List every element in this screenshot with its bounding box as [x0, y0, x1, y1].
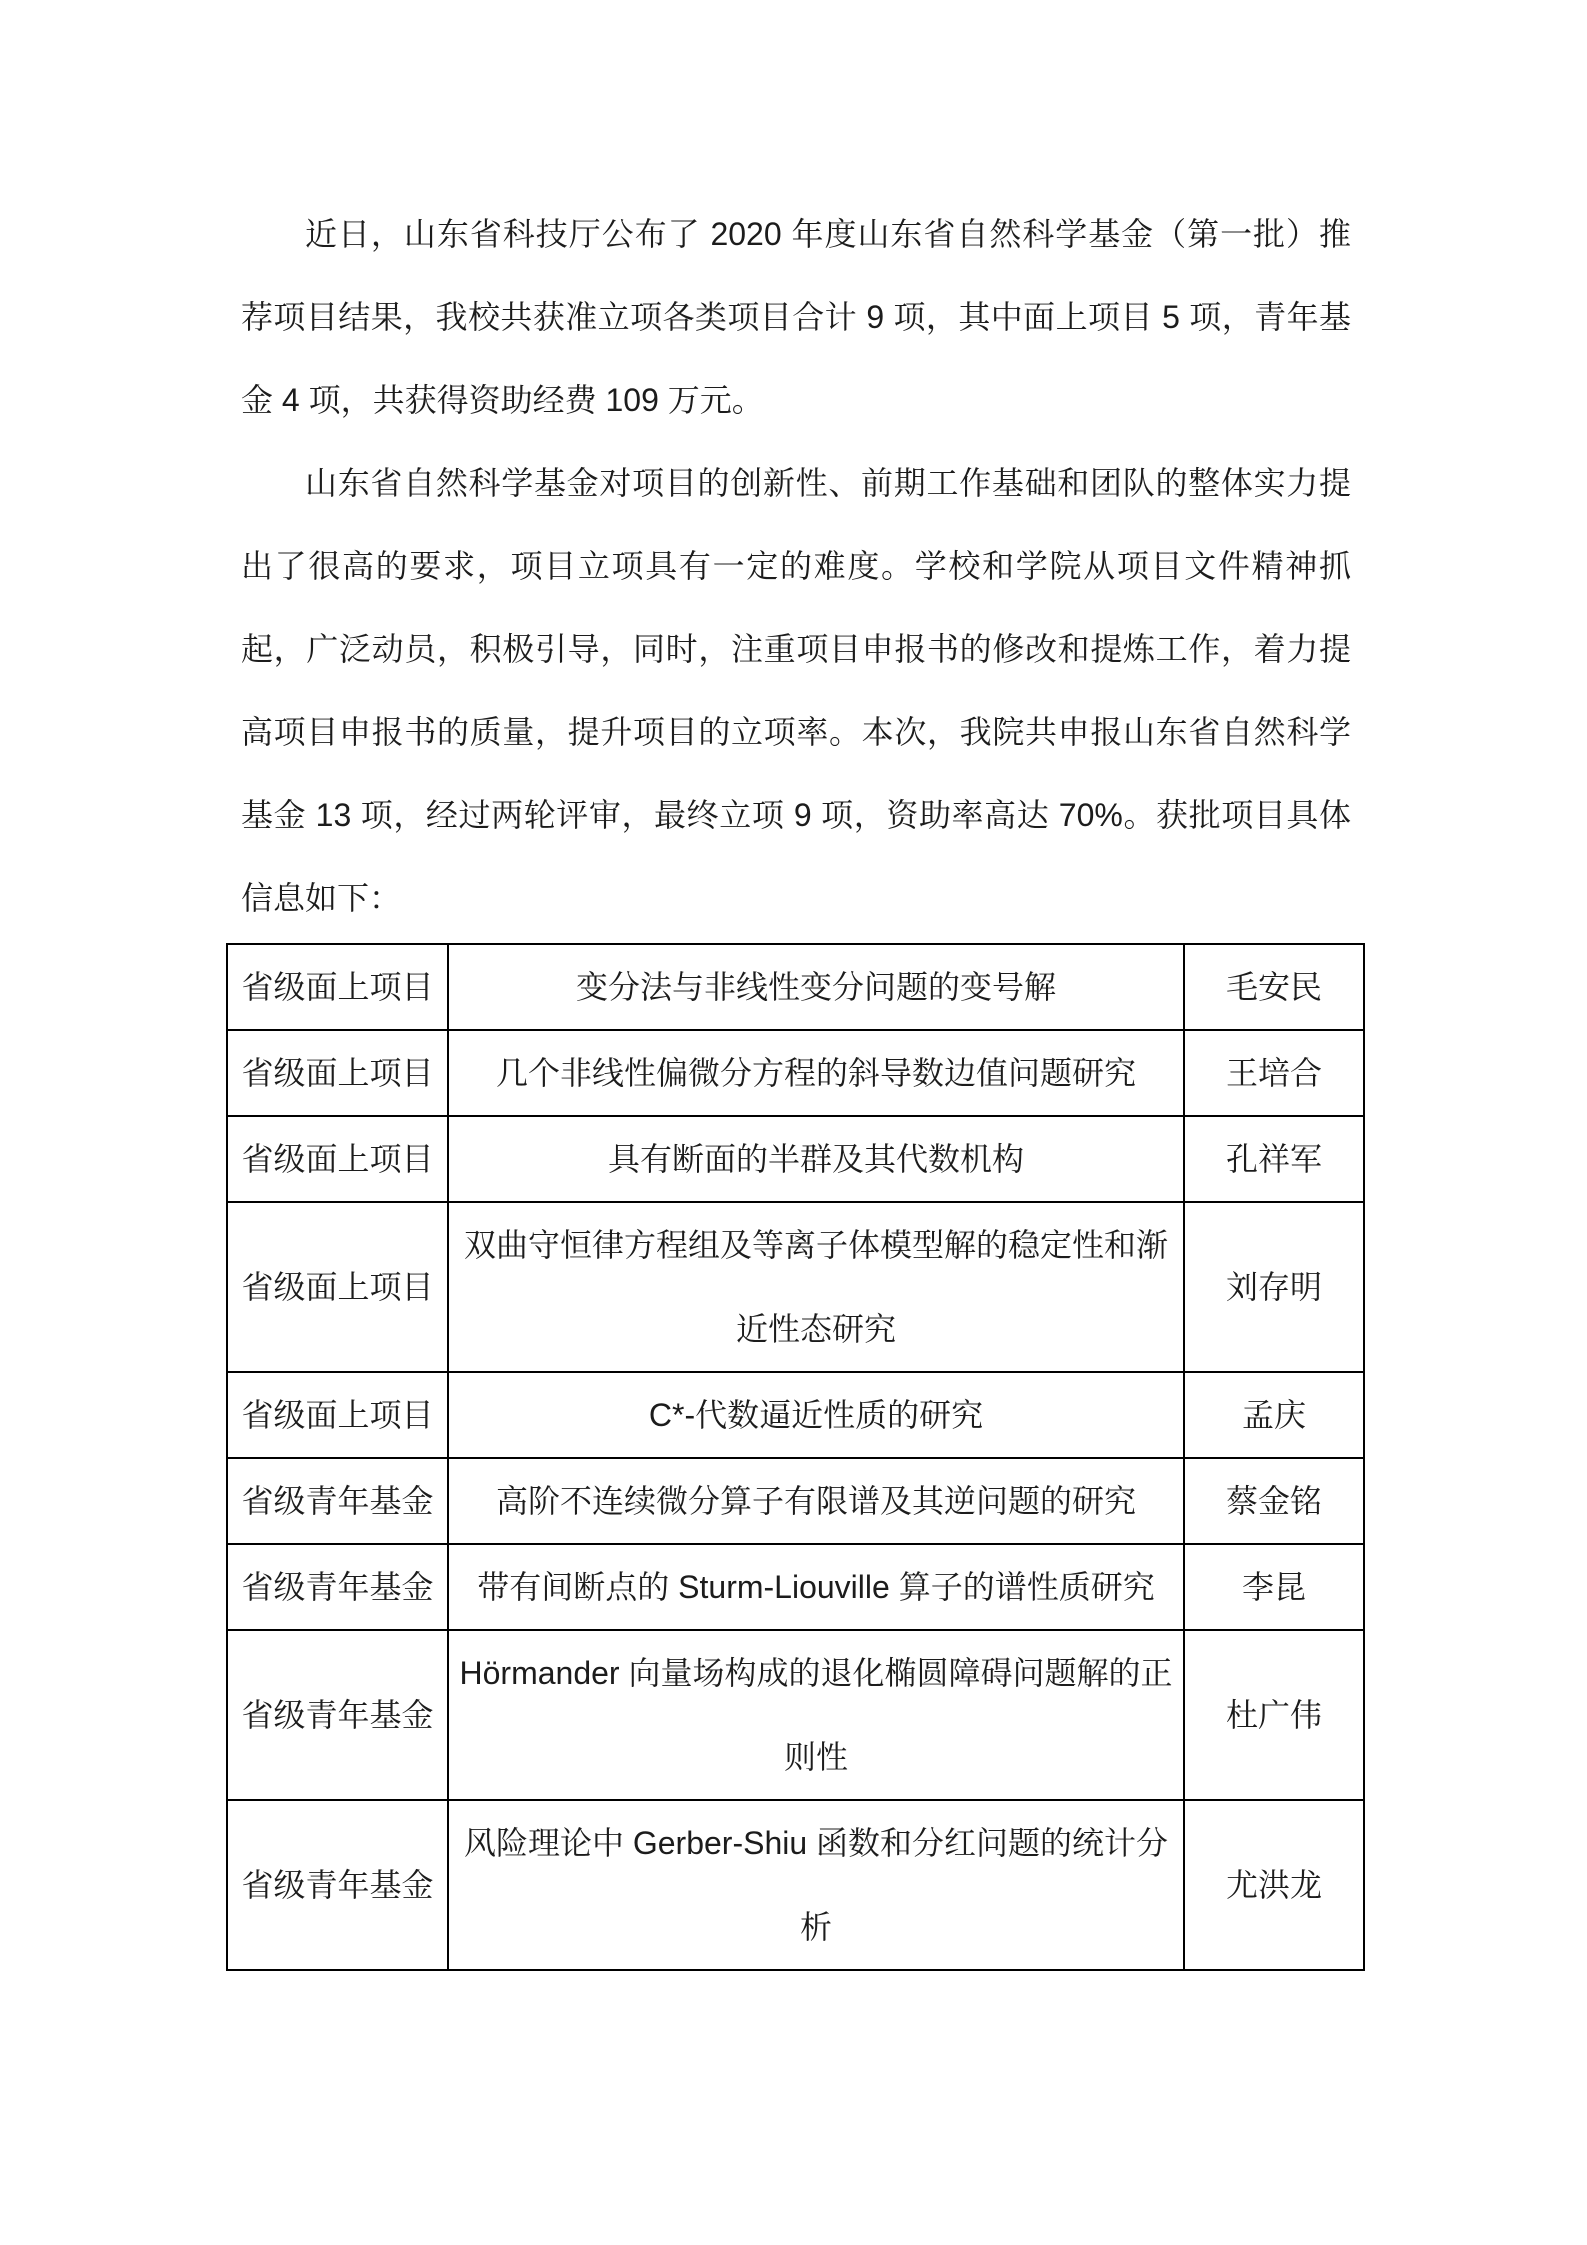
project-category-cell: 省级面上项目	[227, 1202, 448, 1372]
project-category-cell: 省级面上项目	[227, 1116, 448, 1202]
project-title-cell: 带有间断点的 Sturm-Liouville 算子的谱性质研究	[448, 1544, 1184, 1630]
project-title-cell: 变分法与非线性变分问题的变号解	[448, 944, 1184, 1030]
table-row: 省级青年基金 高阶不连续微分算子有限谱及其逆问题的研究 蔡金铭	[227, 1458, 1364, 1544]
table-row: 省级青年基金 风险理论中 Gerber-Shiu 函数和分红问题的统计分析 尤洪…	[227, 1800, 1364, 1970]
project-category-cell: 省级面上项目	[227, 1372, 448, 1458]
project-category-cell: 省级青年基金	[227, 1544, 448, 1630]
project-category-cell: 省级青年基金	[227, 1800, 448, 1970]
paragraph-intro: 近日，山东省科技厅公布了 2020 年度山东省自然科学基金（第一批）推荐项目结果…	[241, 193, 1351, 442]
project-title-cell: Hörmander 向量场构成的退化椭圆障碍问题解的正则性	[448, 1630, 1184, 1800]
table-row: 省级青年基金 Hörmander 向量场构成的退化椭圆障碍问题解的正则性 杜广伟	[227, 1630, 1364, 1800]
project-researcher-cell: 李昆	[1184, 1544, 1364, 1630]
project-title-cell: 双曲守恒律方程组及等离子体模型解的稳定性和渐近性态研究	[448, 1202, 1184, 1372]
table-row: 省级面上项目 双曲守恒律方程组及等离子体模型解的稳定性和渐近性态研究 刘存明	[227, 1202, 1364, 1372]
project-researcher-cell: 毛安民	[1184, 944, 1364, 1030]
project-researcher-cell: 刘存明	[1184, 1202, 1364, 1372]
project-title-cell: 风险理论中 Gerber-Shiu 函数和分红问题的统计分析	[448, 1800, 1184, 1970]
table-row: 省级青年基金 带有间断点的 Sturm-Liouville 算子的谱性质研究 李…	[227, 1544, 1364, 1630]
table-row: 省级面上项目 具有断面的半群及其代数机构 孔祥军	[227, 1116, 1364, 1202]
projects-table: 省级面上项目 变分法与非线性变分问题的变号解 毛安民 省级面上项目 几个非线性偏…	[226, 943, 1365, 1971]
project-title-cell: 高阶不连续微分算子有限谱及其逆问题的研究	[448, 1458, 1184, 1544]
table-row: 省级面上项目 几个非线性偏微分方程的斜导数边值问题研究 王培合	[227, 1030, 1364, 1116]
project-category-cell: 省级青年基金	[227, 1630, 448, 1800]
project-researcher-cell: 孔祥军	[1184, 1116, 1364, 1202]
project-category-cell: 省级面上项目	[227, 944, 448, 1030]
project-category-cell: 省级青年基金	[227, 1458, 448, 1544]
project-category-cell: 省级面上项目	[227, 1030, 448, 1116]
project-researcher-cell: 尤洪龙	[1184, 1800, 1364, 1970]
project-researcher-cell: 蔡金铭	[1184, 1458, 1364, 1544]
body-text: 近日，山东省科技厅公布了 2020 年度山东省自然科学基金（第一批）推荐项目结果…	[241, 193, 1351, 940]
project-title-cell: 几个非线性偏微分方程的斜导数边值问题研究	[448, 1030, 1184, 1116]
project-researcher-cell: 孟庆	[1184, 1372, 1364, 1458]
table-row: 省级面上项目 变分法与非线性变分问题的变号解 毛安民	[227, 944, 1364, 1030]
project-title-cell: C*-代数逼近性质的研究	[448, 1372, 1184, 1458]
paragraph-details: 山东省自然科学基金对项目的创新性、前期工作基础和团队的整体实力提出了很高的要求，…	[241, 442, 1351, 940]
project-researcher-cell: 王培合	[1184, 1030, 1364, 1116]
table-row: 省级面上项目 C*-代数逼近性质的研究 孟庆	[227, 1372, 1364, 1458]
document-page: 近日，山东省科技厅公布了 2020 年度山东省自然科学基金（第一批）推荐项目结果…	[0, 0, 1587, 2245]
project-researcher-cell: 杜广伟	[1184, 1630, 1364, 1800]
project-title-cell: 具有断面的半群及其代数机构	[448, 1116, 1184, 1202]
